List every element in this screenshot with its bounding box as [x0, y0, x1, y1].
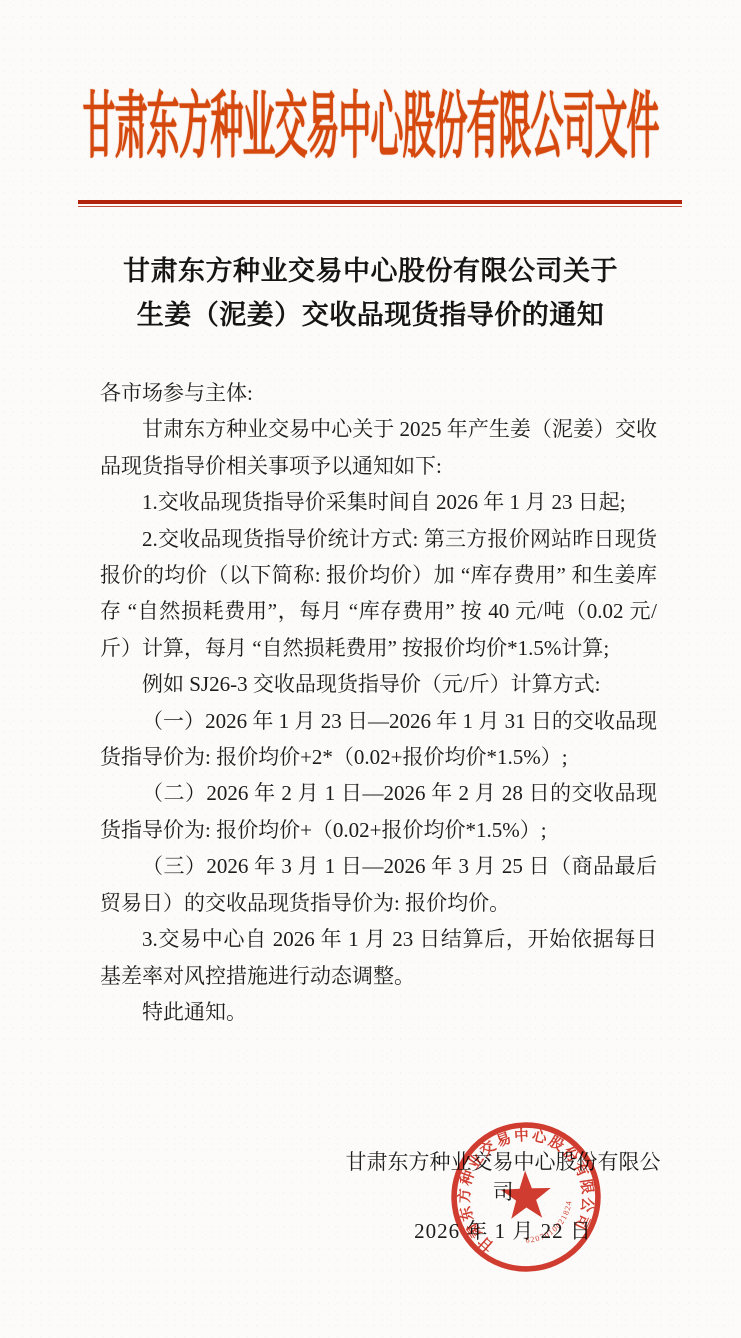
document-title-line2: 生姜（泥姜）交收品现货指导价的通知: [60, 293, 681, 337]
seal-star-icon: [500, 1170, 552, 1219]
paragraph-case-2: （二）2026 年 2 月 1 日—2026 年 2 月 28 日的交收品现货指…: [100, 775, 657, 848]
document-body: 各市场参与主体: 甘肃东方种业交易中心关于 2025 年产生姜（泥姜）交收品现货…: [100, 375, 657, 1030]
paragraph-salutation: 各市场参与主体:: [100, 375, 657, 411]
paragraph-case-3: （三）2026 年 3 月 1 日—2026 年 3 月 25 日（商品最后贸易…: [100, 848, 657, 921]
document-title-line1: 甘肃东方种业交易中心股份有限公司关于: [60, 249, 681, 293]
paragraph-closing: 特此通知。: [100, 994, 657, 1030]
paragraph-intro: 甘肃东方种业交易中心关于 2025 年产生姜（泥姜）交收品现货指导价相关事项予以…: [100, 411, 657, 484]
paragraph-item-1: 1.交收品现货指导价采集时间自 2026 年 1 月 23 日起;: [100, 484, 657, 520]
red-divider-rule: [78, 200, 682, 208]
paragraph-case-1: （一）2026 年 1 月 23 日—2026 年 1 月 31 日的交收品现货…: [100, 703, 657, 776]
red-header-banner: 甘肃东方种业交易中心股份有限公司文件: [0, 94, 741, 132]
red-header-text: 甘肃东方种业交易中心股份有限公司文件: [83, 94, 659, 167]
official-seal: 甘肃东方种业交易中心股份有限公司 6207010021824: [445, 1116, 606, 1277]
paragraph-item-3: 3.交易中心自 2026 年 1 月 23 日结算后，开始依据每日基差率对风控措…: [100, 921, 657, 994]
document-title: 甘肃东方种业交易中心股份有限公司关于 生姜（泥姜）交收品现货指导价的通知: [60, 249, 681, 337]
red-divider-thick-line: [78, 200, 682, 204]
paragraph-example: 例如 SJ26-3 交收品现货指导价（元/斤）计算方式:: [100, 666, 657, 702]
paragraph-item-2: 2.交收品现货指导价统计方式: 第三方报价网站昨日现货报价的均价（以下简称: 报…: [100, 521, 657, 667]
red-divider-thin-line: [78, 206, 682, 207]
